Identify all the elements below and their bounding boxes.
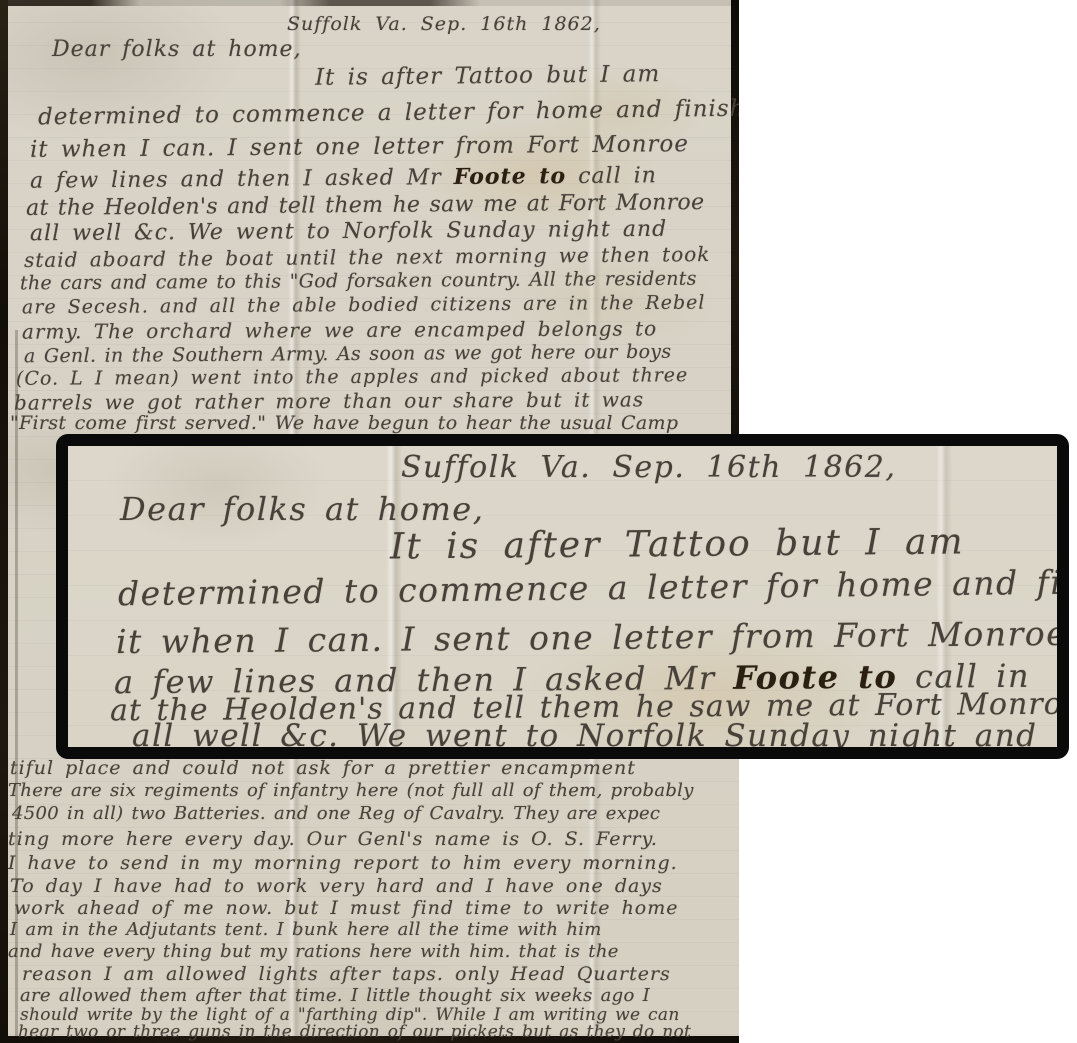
- page-right-edge: [731, 0, 739, 436]
- letter-line: determined to commence a letter for home…: [38, 96, 739, 131]
- letter-line: work ahead of me now. but I must find ti…: [14, 897, 679, 919]
- letter-line-foote: a few lines and then I asked Mr Foote to…: [30, 162, 657, 193]
- inset-letter-line: all well &c. We went to Norfolk Sunday n…: [132, 718, 1038, 754]
- letter-line: a Genl. in the Southern Army. As soon as…: [24, 341, 671, 368]
- letter-line: reason I am allowed lights after taps. o…: [22, 963, 671, 985]
- letter-line: it when I can. I sent one letter from Fo…: [30, 131, 689, 163]
- inset-salutation-line: Dear folks at home,: [120, 490, 484, 528]
- letter-line: are Secesh. and all the able bodied citi…: [22, 292, 706, 319]
- date-line: Suffolk Va. Sep. 16th 1862,: [287, 13, 601, 35]
- foote-line-post: call in: [566, 163, 657, 189]
- letter-line: barrels we got rather more than our shar…: [14, 387, 644, 414]
- letter-line: are allowed them after that time. I litt…: [20, 985, 650, 1006]
- letter-line: 4500 in all) two Batteries. and one Reg …: [12, 803, 660, 824]
- salutation-line: Dear folks at home,: [52, 37, 302, 62]
- letter-line: There are six regiments of infantry here…: [8, 780, 694, 801]
- inset-date-line: Suffolk Va. Sep. 16th 1862,: [401, 450, 896, 485]
- letter-line: I am in the Adjutants tent. I bunk here …: [10, 919, 602, 940]
- page-top-edge: [0, 0, 739, 6]
- inset-letter-line: It is after Tattoo but I am: [390, 521, 965, 567]
- letter-line: I have to send in my morning report to h…: [8, 852, 678, 874]
- letter-line: hear two or three guns in the direction …: [18, 1022, 691, 1042]
- foote-line-pre: a few lines and then I asked Mr: [30, 165, 454, 194]
- magnified-inset: Suffolk Va. Sep. 16th 1862, Dear folks a…: [56, 434, 1069, 759]
- inset-letter-line: it when I can. I sent one letter from Fo…: [116, 614, 1068, 661]
- page-left-edge: [0, 0, 8, 1043]
- letter-line: (Co. L I mean) went into the apples and …: [16, 364, 688, 390]
- letter-line: and have every thing but my rations here…: [8, 941, 619, 962]
- scanned-letter-view: Suffolk Va. Sep. 16th 1862, Dear folks a…: [0, 0, 1077, 1043]
- letter-line: It is after Tattoo but I am: [315, 61, 661, 91]
- foote-line-emphasis: Foote to: [454, 163, 567, 190]
- letter-line: army. The orchard where we are encamped …: [22, 316, 657, 343]
- letter-line: all well &c. We went to Norfolk Sunday n…: [30, 217, 667, 246]
- letter-line: tiful place and could not ask for a pret…: [10, 757, 636, 779]
- letter-line: "First come first served." We have begun…: [10, 412, 678, 434]
- inset-letter-line: determined to commence a letter for home…: [118, 562, 1069, 613]
- letter-line: ting more here every day. Our Genl's nam…: [8, 828, 658, 850]
- letter-line: the cars and came to this "God forsaken …: [20, 268, 697, 295]
- letter-line: To day I have had to work very hard and …: [10, 875, 663, 897]
